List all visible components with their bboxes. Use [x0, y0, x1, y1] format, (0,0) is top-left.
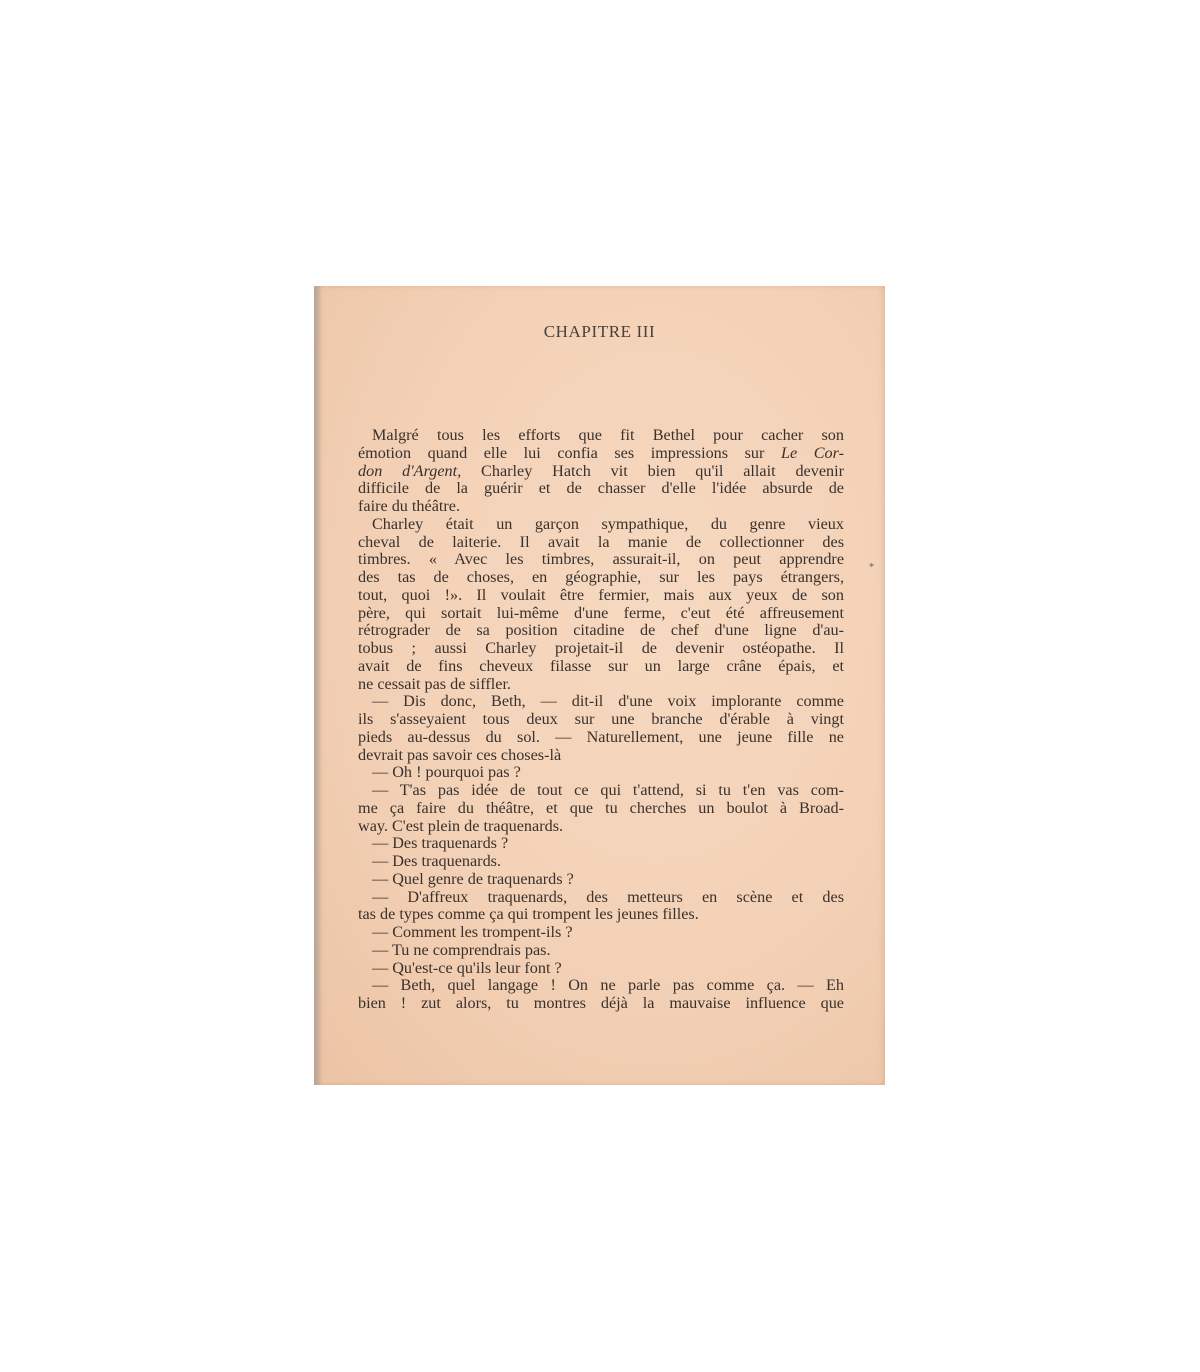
text-line: me ça faire du théâtre, et que tu cherch… — [358, 800, 844, 818]
text-line: bien ! zut alors, tu montres déjà la mau… — [358, 995, 844, 1013]
text-line: Malgré tous les efforts que fit Bethel p… — [358, 427, 844, 445]
text-line: Charley était un garçon sympathique, du … — [358, 516, 844, 534]
book-page: CHAPITRE III Malgré tous les efforts que… — [314, 286, 885, 1085]
text-line: pieds au-dessus du sol. — Naturellement,… — [358, 729, 844, 747]
chapter-title: CHAPITRE III — [314, 322, 885, 342]
body-text: Malgré tous les efforts que fit Bethel p… — [358, 427, 844, 1013]
margin-mark: * — [869, 562, 874, 573]
text-line: faire du théâtre. — [358, 498, 844, 516]
text-line: tout, quoi !». Il voulait être fermier, … — [358, 587, 844, 605]
text-line: don d'Argent, Charley Hatch vit bien qu'… — [358, 463, 844, 481]
text-line: tobus ; aussi Charley projetait-il de de… — [358, 640, 844, 658]
text-line: cheval de laiterie. Il avait la manie de… — [358, 534, 844, 552]
text-line: avait de fins cheveux filasse sur un lar… — [358, 658, 844, 676]
text-line: émotion quand elle lui confia ses impres… — [358, 445, 844, 463]
text-line: — Qu'est-ce qu'ils leur font ? — [358, 960, 844, 978]
text-line: des tas de choses, en géographie, sur le… — [358, 569, 844, 587]
text-line: timbres. « Avec les timbres, assurait-il… — [358, 551, 844, 569]
text-line: — Tu ne comprendrais pas. — [358, 942, 844, 960]
text-line: ne cessait pas de siffler. — [358, 676, 844, 694]
text-line: ils s'asseyaient tous deux sur une branc… — [358, 711, 844, 729]
text-line: tas de types comme ça qui trompent les j… — [358, 906, 844, 924]
text-line: — Oh ! pourquoi pas ? — [358, 764, 844, 782]
text-line: — Des traquenards. — [358, 853, 844, 871]
text-line: — Des traquenards ? — [358, 835, 844, 853]
text-line: — Comment les trompent-ils ? — [358, 924, 844, 942]
text-line: — Dis donc, Beth, — dit-il d'une voix im… — [358, 693, 844, 711]
text-line: — D'affreux traquenards, des metteurs en… — [358, 889, 844, 907]
text-line: — Beth, quel langage ! On ne parle pas c… — [358, 977, 844, 995]
text-line: rétrograder de sa position citadine de c… — [358, 622, 844, 640]
text-line: way. C'est plein de traquenards. — [358, 818, 844, 836]
text-line: — T'as pas idée de tout ce qui t'attend,… — [358, 782, 844, 800]
text-line: devrait pas savoir ces choses-là — [358, 747, 844, 765]
text-line: — Quel genre de traquenards ? — [358, 871, 844, 889]
text-line: difficile de la guérir et de chasser d'e… — [358, 480, 844, 498]
text-line: père, qui sortait lui-même d'une ferme, … — [358, 605, 844, 623]
